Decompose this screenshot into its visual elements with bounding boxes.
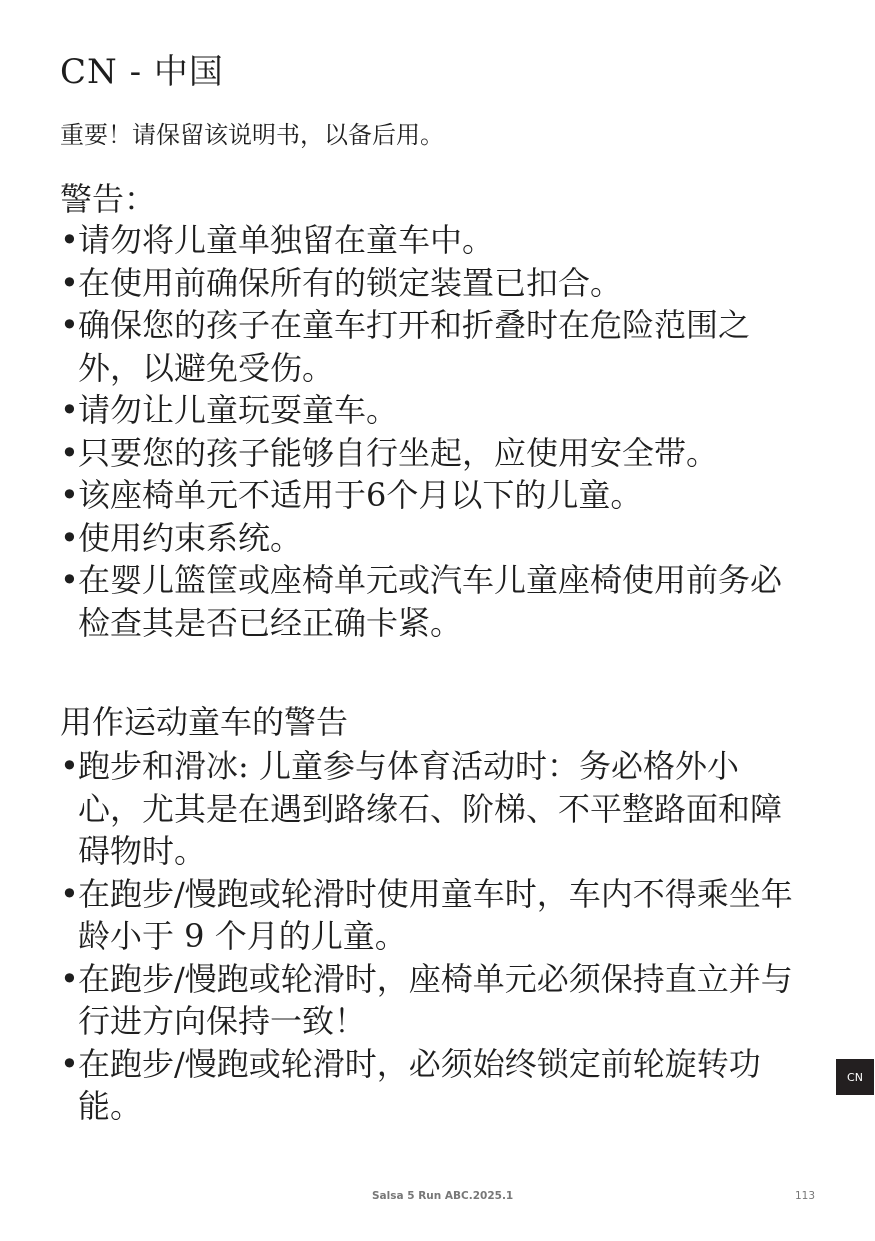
sport-warning-text: 在跑步/慢跑或轮滑时，座椅单元必须保持直立并与行进方向保持一致！ [78,960,793,1041]
sport-warnings-heading: 用作运动童车的警告 [60,701,348,743]
bullet-icon: • [60,873,79,916]
footer-model: Salsa 5 Run ABC.2025.1 [372,1190,513,1202]
list-item: •在跑步/慢跑或轮滑时使用童车时，车内不得乘坐年龄小于 9 个月的儿童。 [60,873,800,958]
list-item: •请勿让儿童玩耍童车。 [60,389,800,432]
warning-text: 请勿让儿童玩耍童车。 [78,391,398,429]
list-item: •在跑步/慢跑或轮滑时，必须始终锁定前轮旋转功能。 [60,1043,800,1128]
bullet-icon: • [60,958,79,1001]
sport-warning-text: 在跑步/慢跑或轮滑时，必须始终锁定前轮旋转功能。 [78,1045,761,1126]
list-item: •跑步和滑冰: 儿童参与体育活动时：务必格外小心，尤其是在遇到路缘石、阶梯、不平… [60,745,800,873]
list-item: •在婴儿篮筐或座椅单元或汽车儿童座椅使用前务必检查其是否已经正确卡紧。 [60,559,800,644]
warnings-list: •请勿将儿童单独留在童车中。 •在使用前确保所有的锁定装置已扣合。 •确保您的孩… [60,219,800,644]
bullet-icon: • [60,389,79,432]
sport-warnings-list: •跑步和滑冰: 儿童参与体育活动时：务必格外小心，尤其是在遇到路缘石、阶梯、不平… [60,745,800,1128]
list-item: •在跑步/慢跑或轮滑时，座椅单元必须保持直立并与行进方向保持一致！ [60,958,800,1043]
warning-text: 该座椅单元不适用于6个月以下的儿童。 [78,476,642,514]
page-number: 113 [795,1190,815,1202]
warning-text: 确保您的孩子在童车打开和折叠时在危险范围之外，以避免受伤。 [78,306,750,387]
sport-warning-text: 在跑步/慢跑或轮滑时使用童车时，车内不得乘坐年龄小于 9 个月的儿童。 [78,875,793,956]
warning-text: 请勿将儿童单独留在童车中。 [78,221,494,259]
bullet-icon: • [60,745,79,788]
bullet-icon: • [60,517,79,560]
list-item: •请勿将儿童单独留在童车中。 [60,219,800,262]
list-item: •只要您的孩子能够自行坐起，应使用安全带。 [60,432,800,475]
bullet-icon: • [60,559,79,602]
important-note: 重要！请保留该说明书，以备后用。 [60,118,444,152]
warnings-heading: 警告： [60,178,156,220]
bullet-icon: • [60,1043,79,1086]
list-item: •该座椅单元不适用于6个月以下的儿童。 [60,474,800,517]
warning-text: 使用约束系统。 [78,519,302,557]
bullet-icon: • [60,219,79,262]
list-item: •使用约束系统。 [60,517,800,560]
page-title: CN - 中国 [60,50,224,94]
bullet-icon: • [60,432,79,475]
bullet-icon: • [60,304,79,347]
bullet-icon: • [60,474,79,517]
list-item: •确保您的孩子在童车打开和折叠时在危险范围之外，以避免受伤。 [60,304,800,389]
bullet-icon: • [60,262,79,305]
warning-text: 在使用前确保所有的锁定装置已扣合。 [78,264,622,302]
language-tab: CN [836,1059,874,1095]
list-item: •在使用前确保所有的锁定装置已扣合。 [60,262,800,305]
warning-text: 在婴儿篮筐或座椅单元或汽车儿童座椅使用前务必检查其是否已经正确卡紧。 [78,561,782,642]
warning-text: 只要您的孩子能够自行坐起，应使用安全带。 [78,434,718,472]
sport-warning-text: 跑步和滑冰: 儿童参与体育活动时：务必格外小心，尤其是在遇到路缘石、阶梯、不平整… [78,747,782,870]
